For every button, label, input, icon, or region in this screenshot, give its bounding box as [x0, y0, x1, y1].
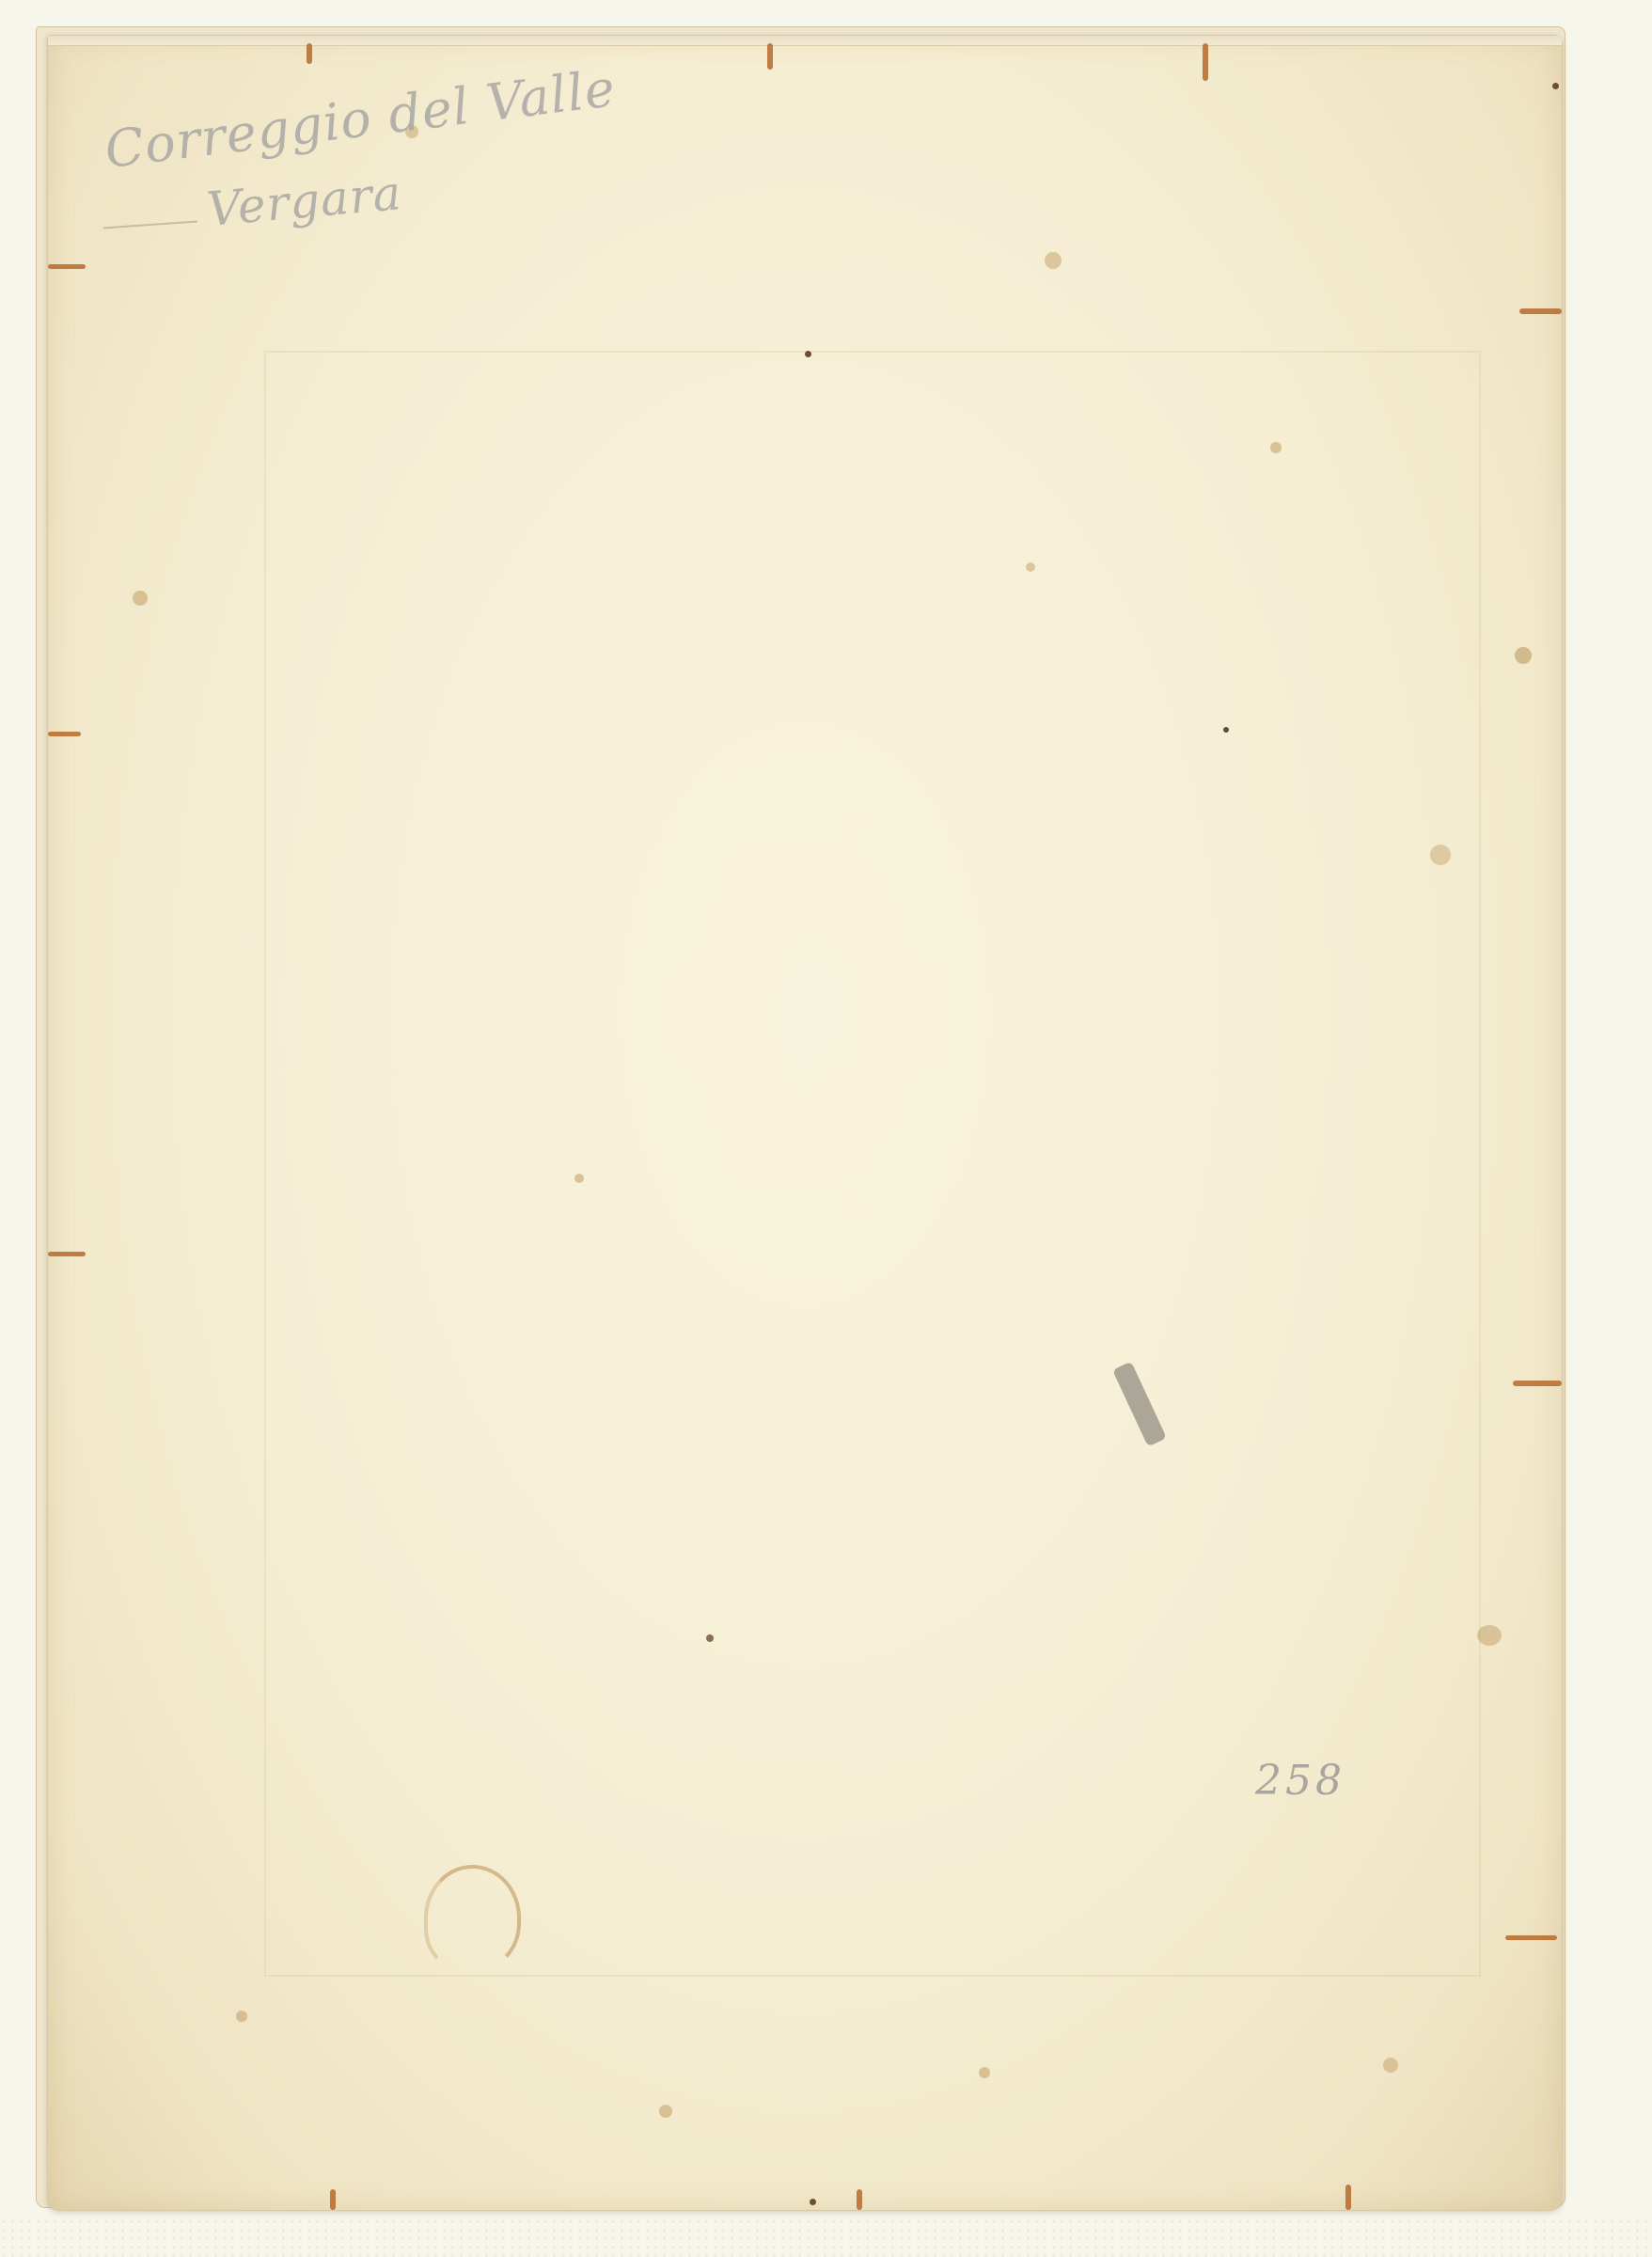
foxing-spot	[1383, 2058, 1398, 2073]
plate-mark-outline	[264, 351, 1481, 1977]
rust-mark	[48, 1252, 86, 1256]
rust-mark	[1203, 43, 1208, 81]
rust-mark	[767, 43, 773, 70]
foxing-spot	[979, 2067, 990, 2078]
foxing-spot	[1026, 562, 1035, 572]
rust-mark	[48, 732, 81, 736]
foxing-spot	[1430, 844, 1451, 865]
scanner-background-pattern	[0, 2218, 1652, 2257]
foxing-spot	[1223, 727, 1229, 733]
rust-mark	[330, 2189, 336, 2210]
foxing-spot	[1045, 252, 1062, 269]
foxing-spot	[1515, 647, 1532, 664]
pinhole	[1552, 83, 1559, 89]
paper-sheet	[47, 35, 1563, 2211]
rust-mark	[857, 2189, 862, 2210]
rust-mark	[1505, 1935, 1557, 1940]
foxing-spot	[659, 2105, 672, 2118]
foxing-spot	[236, 2011, 247, 2022]
top-edge-strip	[48, 36, 1562, 46]
rust-mark	[307, 43, 312, 64]
foxing-spot	[133, 591, 148, 606]
foxing-spot	[574, 1174, 584, 1183]
foxing-spot	[1270, 442, 1282, 453]
rust-mark	[1519, 308, 1562, 314]
rust-mark	[1513, 1381, 1562, 1386]
rust-mark	[1345, 2185, 1351, 2210]
pinhole	[805, 351, 811, 357]
rust-mark	[48, 264, 86, 269]
pencil-inventory-number: 258	[1255, 1757, 1345, 1805]
water-stain-ring	[424, 1865, 521, 1971]
foxing-spot	[1477, 1625, 1502, 1646]
foxing-spot	[706, 1634, 714, 1642]
pinhole	[810, 2199, 816, 2205]
